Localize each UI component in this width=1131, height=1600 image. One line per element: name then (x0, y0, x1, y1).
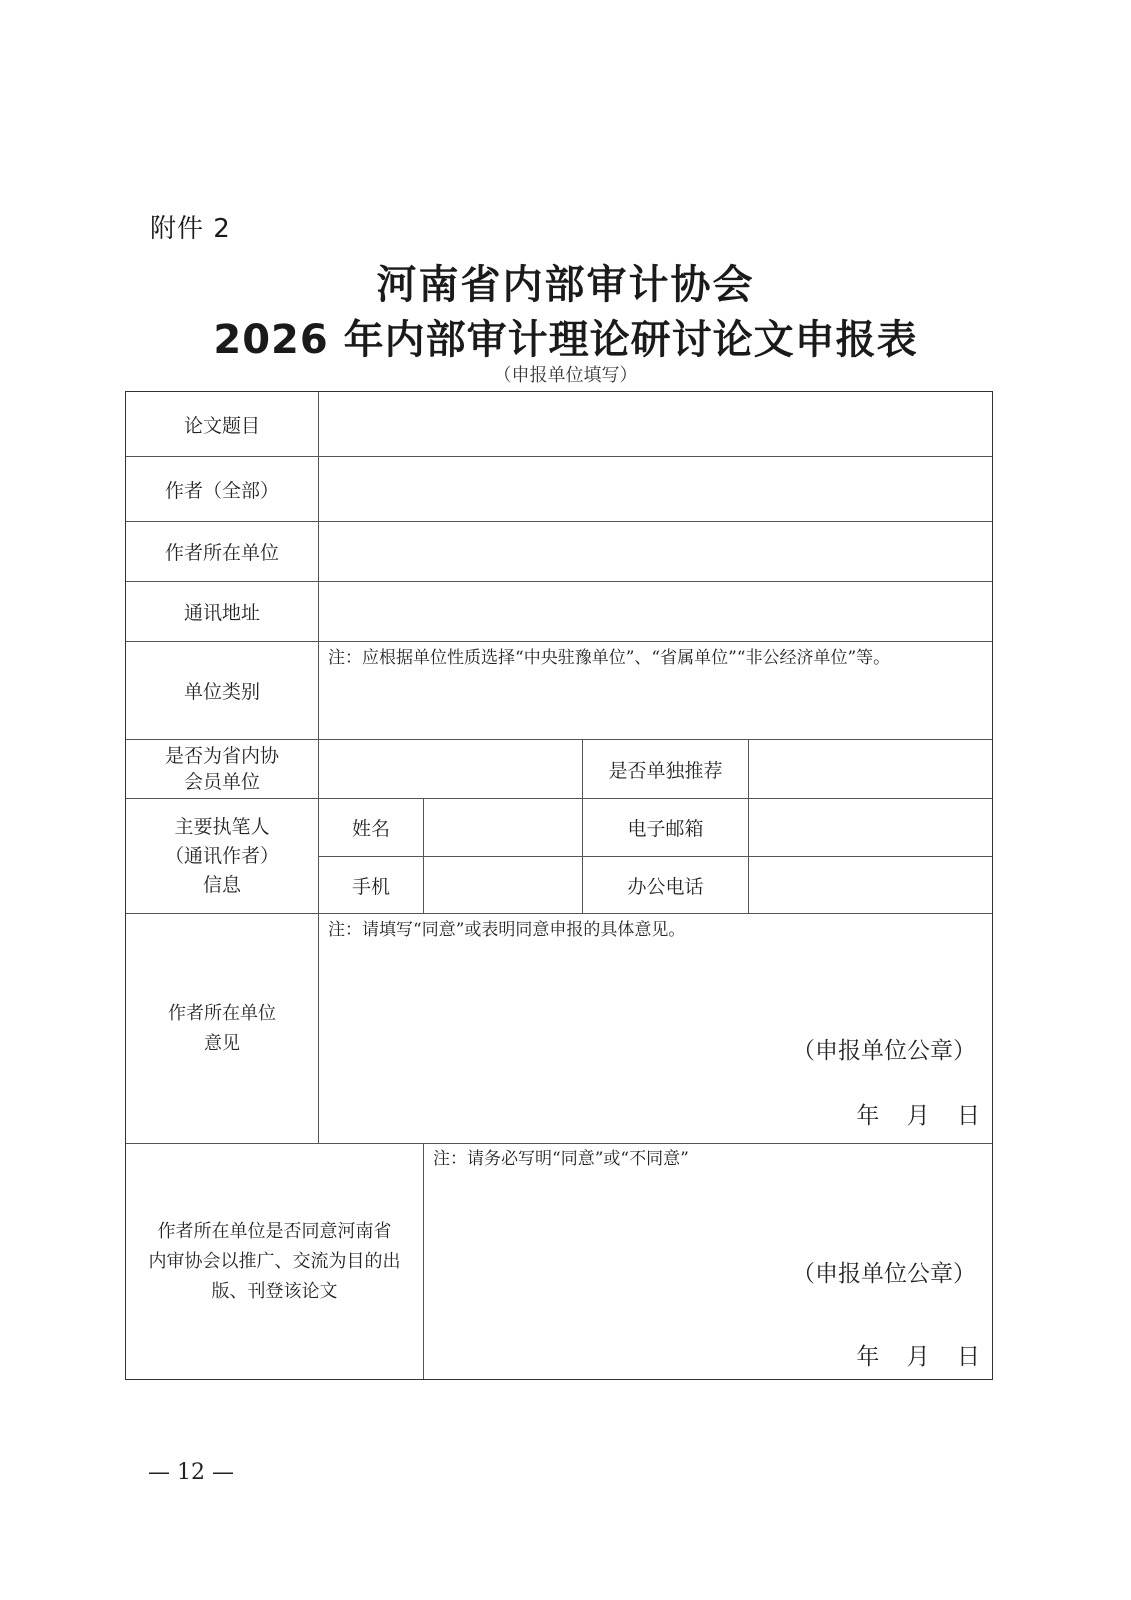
paper-title-field[interactable] (319, 392, 992, 456)
application-form-table: 论文题目 作者（全部） 作者所在单位 通讯地址 单位类别 注：应根据单位性质选择… (125, 391, 993, 1380)
label-office-phone: 办公电话 (583, 857, 748, 913)
publish-consent-note: 注：请务必写明“同意”或“不同意” (433, 1144, 689, 1174)
label-main-author-line2: （通讯作者） (165, 842, 279, 871)
publish-consent-seal: （申报单位公章） (792, 1255, 976, 1288)
unit-opinion-date: 年 月 日 (856, 1097, 980, 1130)
unit-opinion-note: 注：请填写“同意”或表明同意申报的具体意见。 (328, 915, 685, 945)
label-mailing-address: 通讯地址 (126, 582, 318, 641)
email-field[interactable] (749, 799, 992, 856)
authors-field[interactable] (319, 457, 992, 521)
label-publish-consent-line1: 作者所在单位是否同意河南省 (158, 1217, 392, 1247)
unit-opinion-field[interactable] (319, 952, 992, 1032)
label-authors: 作者（全部） (126, 457, 318, 521)
mobile-field[interactable] (424, 857, 582, 913)
label-unit-opinion-line1: 作者所在单位 (168, 999, 276, 1029)
unit-type-field[interactable] (319, 702, 992, 739)
label-unit-opinion-line2: 意见 (204, 1029, 240, 1059)
label-unit-type: 单位类别 (126, 642, 318, 739)
label-main-author-line1: 主要执笔人 (174, 813, 269, 842)
publish-consent-date: 年 月 日 (856, 1338, 980, 1371)
label-email: 电子邮箱 (583, 799, 748, 856)
document-title-line2: 2026 年内部审计理论研讨论文申报表 (0, 308, 1131, 365)
label-author-unit: 作者所在单位 (126, 522, 318, 581)
label-name: 姓名 (319, 799, 423, 856)
unit-opinion-seal: （申报单位公章） (792, 1032, 976, 1065)
label-mobile: 手机 (319, 857, 423, 913)
attachment-label: 附件 2 (150, 208, 231, 245)
label-member-unit-line1: 是否为省内协 (165, 743, 279, 769)
label-publish-consent: 作者所在单位是否同意河南省 内审协会以推广、交流为目的出 版、刊登该论文 (126, 1144, 423, 1379)
member-unit-field[interactable] (319, 740, 582, 798)
unit-type-note: 注：应根据单位性质选择“中央驻豫单位”、“省属单位”“非公经济单位”等。 (328, 643, 984, 673)
label-member-unit-line2: 会员单位 (184, 769, 260, 795)
label-paper-title: 论文题目 (126, 392, 318, 456)
label-main-author: 主要执笔人 （通讯作者） 信息 (126, 799, 318, 913)
label-separate-recommend: 是否单独推荐 (583, 740, 748, 798)
name-field[interactable] (424, 799, 582, 856)
label-publish-consent-line3: 版、刊登该论文 (212, 1277, 338, 1307)
publish-consent-field[interactable] (424, 1182, 992, 1252)
document-subtitle: （申报单位填写） (0, 361, 1131, 387)
label-member-unit: 是否为省内协 会员单位 (126, 740, 318, 798)
document-title-line1: 河南省内部审计协会 (0, 253, 1131, 310)
author-unit-field[interactable] (319, 522, 992, 581)
col-divider (423, 1143, 424, 1379)
mailing-address-field[interactable] (319, 582, 992, 641)
label-publish-consent-line2: 内审协会以推广、交流为目的出 (149, 1247, 401, 1277)
label-unit-opinion: 作者所在单位 意见 (126, 914, 318, 1143)
separate-recommend-field[interactable] (749, 740, 992, 798)
office-phone-field[interactable] (749, 857, 992, 913)
label-main-author-line3: 信息 (203, 871, 241, 900)
page-number: — 12 — (148, 1460, 234, 1485)
